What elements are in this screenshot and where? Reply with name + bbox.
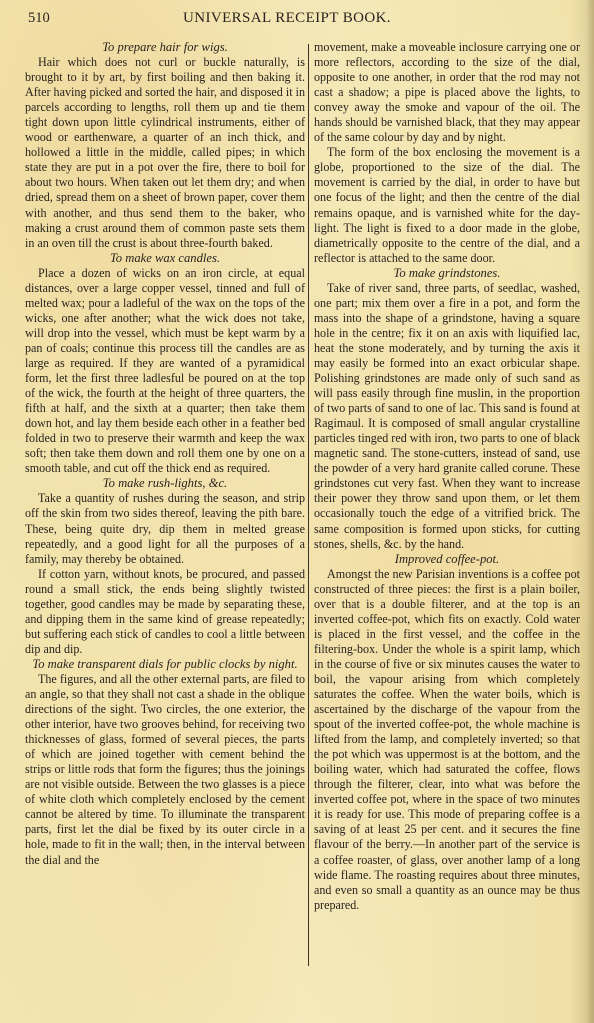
section-heading: To make rush-lights, &c. bbox=[25, 476, 305, 491]
paragraph-continuation: movement, make a moveable inclosure carr… bbox=[314, 40, 580, 145]
paragraph: The figures, and all the other external … bbox=[25, 672, 305, 868]
paragraph: Take of river sand, three parts, of seed… bbox=[314, 281, 580, 552]
section-hair-for-wigs: To prepare hair for wigs. Hair which doe… bbox=[25, 40, 305, 251]
paragraph: If cotton yarn, without knots, be procur… bbox=[25, 567, 305, 657]
page-edge-shadow bbox=[586, 0, 594, 1023]
paragraph: The form of the box enclosing the moveme… bbox=[314, 145, 580, 265]
column-rule bbox=[308, 44, 309, 966]
section-heading: To make transparent dials for public clo… bbox=[25, 657, 305, 672]
section-heading: To make wax candles. bbox=[25, 251, 305, 266]
section-transparent-dials-continued: movement, make a moveable inclosure carr… bbox=[314, 40, 580, 266]
book-page: 510 UNIVERSAL RECEIPT BOOK. To prepare h… bbox=[0, 0, 594, 1023]
running-head: 510 UNIVERSAL RECEIPT BOOK. bbox=[28, 10, 588, 32]
section-heading: To prepare hair for wigs. bbox=[25, 40, 305, 55]
section-heading: Improved coffee-pot. bbox=[314, 552, 580, 567]
section-coffee-pot: Improved coffee-pot. Amongst the new Par… bbox=[314, 552, 580, 913]
section-rush-lights: To make rush-lights, &c. Take a quantity… bbox=[25, 476, 305, 657]
section-wax-candles: To make wax candles. Place a dozen of wi… bbox=[25, 251, 305, 477]
paragraph: Place a dozen of wicks on an iron circle… bbox=[25, 266, 305, 477]
book-title: UNIVERSAL RECEIPT BOOK. bbox=[183, 10, 391, 27]
left-column: To prepare hair for wigs. Hair which doe… bbox=[25, 40, 305, 868]
paragraph: Hair which does not curl or buckle natur… bbox=[25, 55, 305, 251]
section-heading: To make grindstones. bbox=[314, 266, 580, 281]
paragraph: Amongst the new Parisian inventions is a… bbox=[314, 567, 580, 913]
right-column: movement, make a moveable inclosure carr… bbox=[314, 40, 580, 913]
paragraph: Take a quantity of rushes during the sea… bbox=[25, 491, 305, 566]
section-transparent-dials: To make transparent dials for public clo… bbox=[25, 657, 305, 868]
page-number: 510 bbox=[28, 10, 50, 27]
section-grindstones: To make grindstones. Take of river sand,… bbox=[314, 266, 580, 552]
